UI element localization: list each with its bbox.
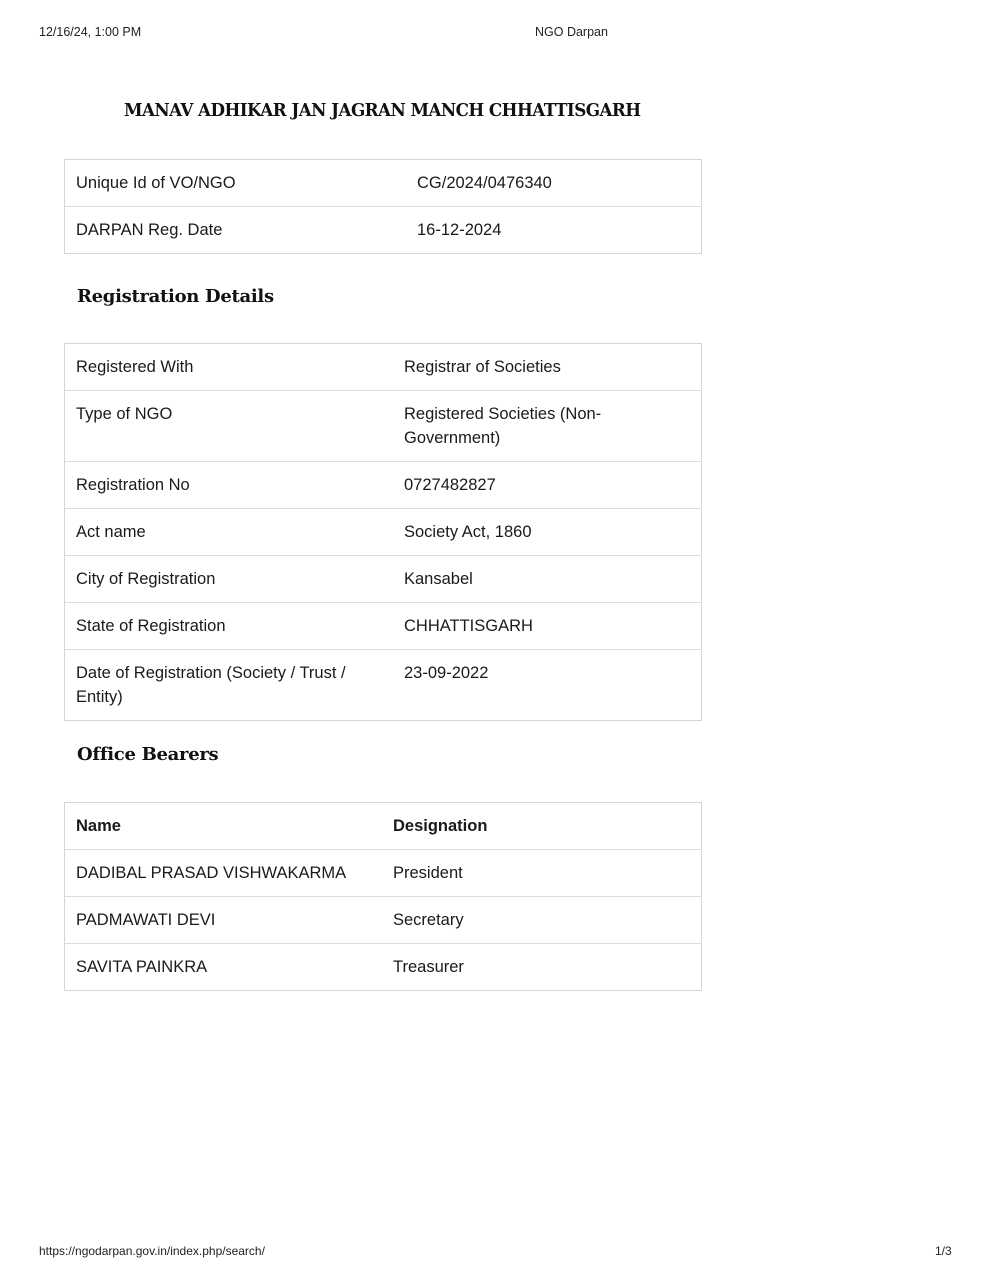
row-value: Society Act, 1860 — [393, 509, 702, 556]
print-header-title: NGO Darpan — [535, 25, 608, 39]
print-footer-url: https://ngodarpan.gov.in/index.php/searc… — [39, 1244, 265, 1258]
registration-details-table: Registered With Registrar of Societies T… — [64, 343, 702, 721]
bearer-name: PADMAWATI DEVI — [65, 897, 383, 944]
summary-table: Unique Id of VO/NGO CG/2024/0476340 DARP… — [64, 159, 702, 254]
table-row: DADIBAL PRASAD VISHWAKARMA President — [65, 850, 702, 897]
table-row: DARPAN Reg. Date 16-12-2024 — [65, 207, 702, 254]
row-value: Kansabel — [393, 556, 702, 603]
office-bearers-table: Name Designation DADIBAL PRASAD VISHWAKA… — [64, 802, 702, 991]
print-header-datetime: 12/16/24, 1:00 PM — [39, 25, 141, 39]
column-header-designation: Designation — [382, 803, 702, 850]
row-label: Registration No — [65, 462, 394, 509]
row-label: Date of Registration (Society / Trust / … — [65, 650, 394, 721]
row-label: Type of NGO — [65, 391, 394, 462]
table-row: Unique Id of VO/NGO CG/2024/0476340 — [65, 160, 702, 207]
table-row: City of Registration Kansabel — [65, 556, 702, 603]
bearer-name: SAVITA PAINKRA — [65, 944, 383, 991]
table-row: PADMAWATI DEVI Secretary — [65, 897, 702, 944]
bearer-designation: Secretary — [382, 897, 702, 944]
row-value: Registrar of Societies — [393, 344, 702, 391]
bearer-name: DADIBAL PRASAD VISHWAKARMA — [65, 850, 383, 897]
section-title-office-bearers: Office Bearers — [77, 744, 218, 765]
row-value: CHHATTISGARH — [393, 603, 702, 650]
table-row: Date of Registration (Society / Trust / … — [65, 650, 702, 721]
print-footer-page-number: 1/3 — [935, 1244, 952, 1258]
row-label: State of Registration — [65, 603, 394, 650]
table-header-row: Name Designation — [65, 803, 702, 850]
row-value: 23-09-2022 — [393, 650, 702, 721]
row-value: Registered Societies (Non-Government) — [393, 391, 702, 462]
bearer-designation: President — [382, 850, 702, 897]
row-label: Registered With — [65, 344, 394, 391]
bearer-designation: Treasurer — [382, 944, 702, 991]
organization-name: MANAV ADHIKAR JAN JAGRAN MANCH CHHATTISG… — [124, 100, 641, 121]
table-row: SAVITA PAINKRA Treasurer — [65, 944, 702, 991]
column-header-name: Name — [65, 803, 383, 850]
table-row: Registered With Registrar of Societies — [65, 344, 702, 391]
table-row: Act name Society Act, 1860 — [65, 509, 702, 556]
row-value: 16-12-2024 — [406, 207, 702, 254]
table-row: State of Registration CHHATTISGARH — [65, 603, 702, 650]
row-label: Act name — [65, 509, 394, 556]
row-value: 0727482827 — [393, 462, 702, 509]
table-row: Type of NGO Registered Societies (Non-Go… — [65, 391, 702, 462]
row-label: Unique Id of VO/NGO — [65, 160, 407, 207]
row-value: CG/2024/0476340 — [406, 160, 702, 207]
table-row: Registration No 0727482827 — [65, 462, 702, 509]
section-title-registration-details: Registration Details — [77, 286, 274, 307]
row-label: DARPAN Reg. Date — [65, 207, 407, 254]
row-label: City of Registration — [65, 556, 394, 603]
